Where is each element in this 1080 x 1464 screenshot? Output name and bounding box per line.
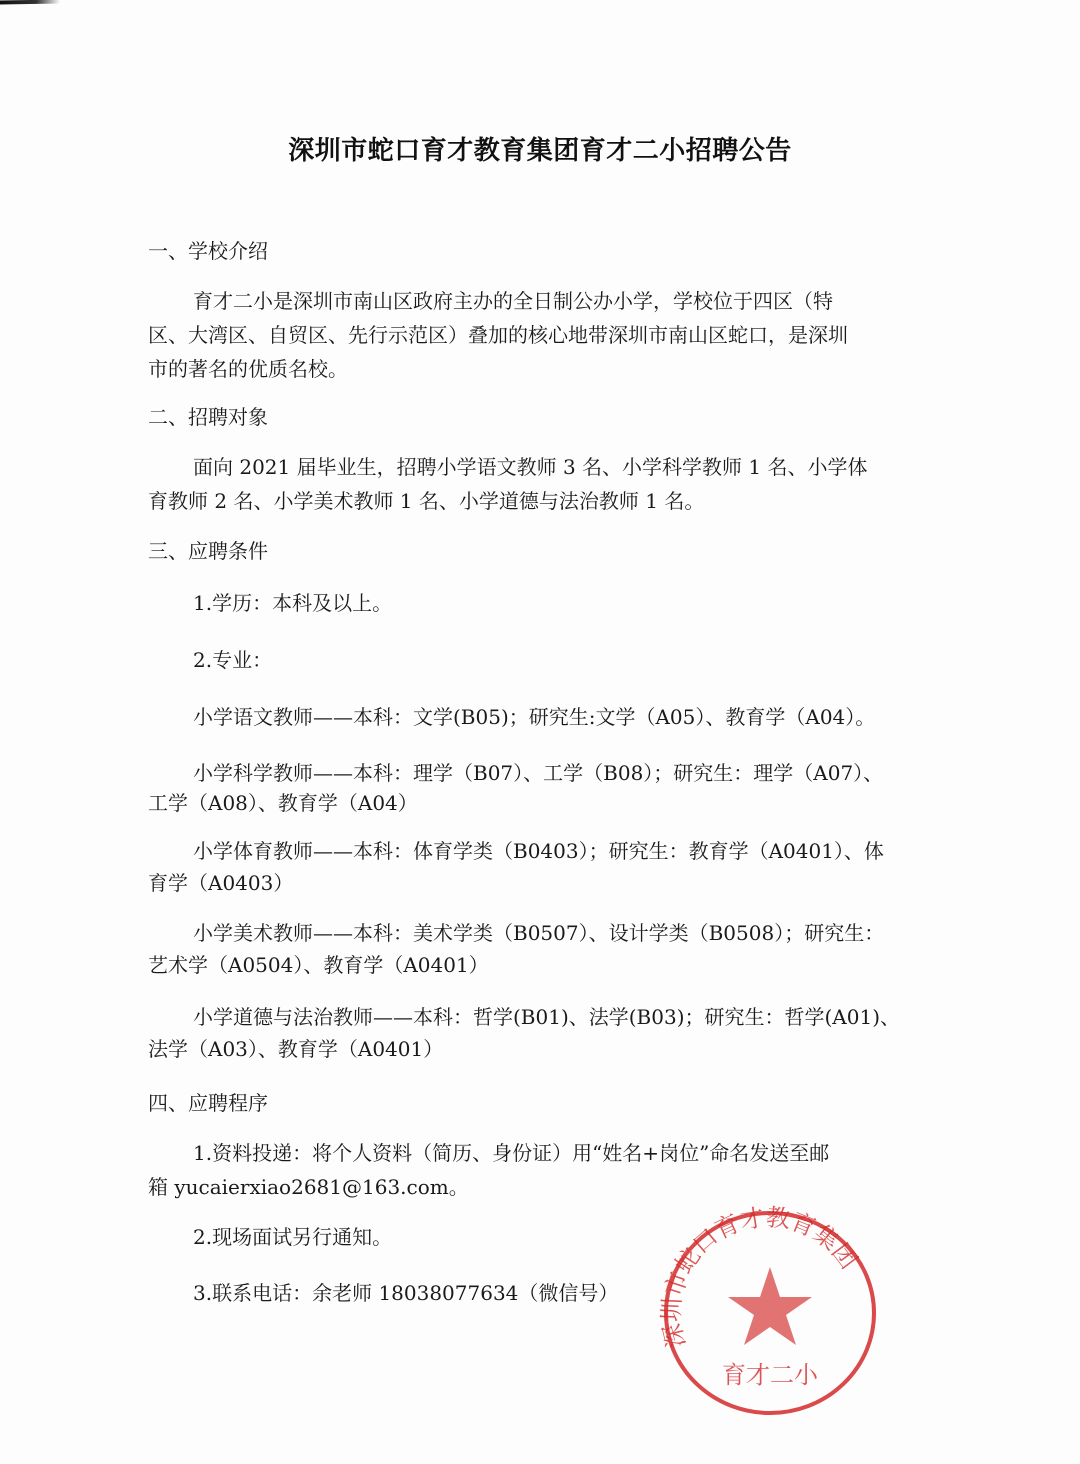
paragraph-line: 市的著名的优质名校。: [148, 352, 348, 386]
process-submit-materials: 1.资料投递：将个人资料（简历、身份证）用“姓名+岗位”命名发送至邮: [193, 1136, 829, 1170]
stamp-inner-text: 育才二小: [722, 1361, 819, 1389]
section-heading-requirements: 三、应聘条件: [148, 534, 268, 568]
major-pe-teacher-cont: 育学（A0403）: [148, 866, 293, 900]
major-science-teacher-cont: 工学（A08）、教育学（A04）: [148, 786, 418, 820]
paragraph-line: 区、大湾区、自贸区、先行示范区）叠加的核心地带深圳市南山区蛇口，是深圳: [148, 318, 848, 352]
paragraph-line: 面向 2021 届毕业生，招聘小学语文教师 3 名、小学科学教师 1 名、小学体: [193, 450, 868, 484]
requirement-education: 1.学历：本科及以上。: [193, 586, 392, 620]
major-morality-law-teacher: 小学道德与法治教师——本科：哲学(B01)、法学(B03)；研究生：哲学(A01…: [193, 1000, 900, 1034]
document-page: 深圳市蛇口育才教育集团育才二小招聘公告 一、学校介绍 育才二小是深圳市南山区政府…: [0, 0, 1080, 1464]
section-heading-application-process: 四、应聘程序: [148, 1086, 268, 1120]
major-art-teacher: 小学美术教师——本科：美术学类（B0507）、设计学类（B0508）；研究生：: [193, 916, 884, 950]
paragraph-line: 育教师 2 名、小学美术教师 1 名、小学道德与法治教师 1 名。: [148, 484, 704, 518]
official-seal-stamp: 深圳市蛇口育才教育集团 育才二小: [650, 1205, 890, 1425]
process-interview-notice: 2.现场面试另行通知。: [193, 1220, 392, 1254]
scan-corner-shadow: [0, 0, 60, 5]
major-chinese-teacher: 小学语文教师——本科：文学(B05)；研究生:文学（A05）、教育学（A04）。: [193, 700, 875, 734]
major-art-teacher-cont: 艺术学（A0504）、教育学（A0401）: [148, 948, 489, 982]
process-contact-phone: 3.联系电话：余老师 18038077634（微信号）: [193, 1276, 618, 1310]
major-pe-teacher: 小学体育教师——本科：体育学类（B0403）；研究生：教育学（A0401）、体: [193, 834, 884, 868]
major-science-teacher: 小学科学教师——本科：理学（B07）、工学（B08）；研究生：理学（A07）、: [193, 756, 883, 790]
major-morality-law-teacher-cont: 法学（A03）、教育学（A0401）: [148, 1032, 443, 1066]
section-heading-school-intro: 一、学校介绍: [148, 234, 268, 268]
star-icon: [728, 1267, 812, 1345]
page-title: 深圳市蛇口育才教育集团育才二小招聘公告: [0, 130, 1080, 167]
requirement-major-label: 2.专业：: [193, 643, 272, 677]
paragraph-line: 育才二小是深圳市南山区政府主办的全日制公办小学，学校位于四区（特: [193, 284, 833, 318]
process-submit-email: 箱 yucaierxiao2681@163.com。: [148, 1170, 469, 1204]
section-heading-recruitment-target: 二、招聘对象: [148, 400, 268, 434]
